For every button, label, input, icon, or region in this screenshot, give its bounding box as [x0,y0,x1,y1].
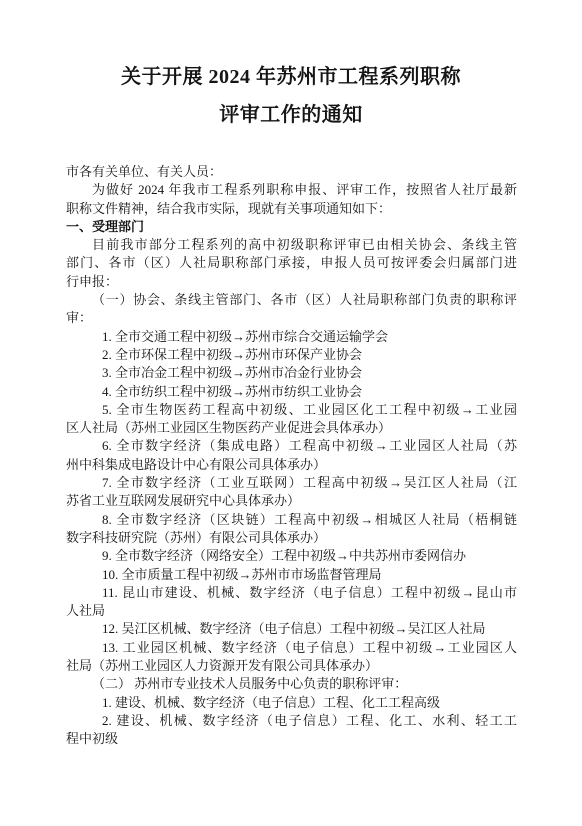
text-line: 3. 全市冶金工程中初级→苏州市冶金行业协会 [66,364,517,382]
text-line: 10. 全市质量工程中初级→苏州市市场监督管理局 [66,566,517,584]
text-line: 12. 吴江区机械、数字经济（电子信息）工程中初级→吴江区人社局 [66,620,517,638]
text-line: （一）协会、条线主管部门、各市（区）人社局职称部门负责的职称评 [66,291,517,309]
text-line: 市各有关单位、有关人员： [66,163,517,181]
text-line: 审： [66,309,517,327]
text-line: 部门、各市（区）人社局职称部门承接，申报人员可按评委会归属部门进 [66,254,517,272]
document-page: 关于开展 2024 年苏州市工程系列职称 评审工作的通知 市各有关单位、有关人员… [0,0,582,826]
text-line: 社局（苏州工业园区人力资源开发有限公司具体承办） [66,657,517,675]
title-line-2: 评审工作的通知 [0,96,582,134]
text-line: 13. 工业园区机械、数字经济（电子信息）工程中初级→工业园区人 [66,639,517,657]
text-line: 4. 全市纺织工程中初级→苏州市纺织工业协会 [66,383,517,401]
text-line: 1. 建设、机械、数字经济（电子信息）工程、化工工程高级 [66,694,517,712]
text-line: 行申报： [66,273,517,291]
text-line: 区人社局（苏州工业园区生物医药产业促进会具体承办） [66,419,517,437]
text-line: 7. 全市数字经济（工业互联网）工程高中初级→吴江区人社局（江 [66,474,517,492]
text-line: 一、受理部门 [66,218,517,236]
text-line: 州中科集成电路设计中心有限公司具体承办） [66,456,517,474]
text-line: 程中初级 [66,730,517,748]
text-line: 苏省工业互联网发展研究中心具体承办） [66,492,517,510]
text-line: 8. 全市数字经济（区块链）工程高中初级→相城区人社局（梧桐链 [66,511,517,529]
text-line: 1. 全市交通工程中初级→苏州市综合交通运输学会 [66,328,517,346]
text-line: （二） 苏州市专业技术人员服务中心负责的职称评审： [66,675,517,693]
text-line: 目前我市部分工程系列的高中初级职称评审已由相关协会、条线主管 [66,236,517,254]
text-line: 11. 昆山市建设、机械、数字经济（电子信息）工程中初级→昆山市 [66,584,517,602]
text-line: 人社局 [66,602,517,620]
text-line: 数字科技研究院（苏州）有限公司具体承办） [66,529,517,547]
text-line: 2. 全市环保工程中初级→苏州市环保产业协会 [66,346,517,364]
text-line: 职称文件精神，结合我市实际，现就有关事项通知如下： [66,200,517,218]
text-line: 为做好 2024 年我市工程系列职称申报、评审工作，按照省人社厅最新 [66,181,517,199]
text-line: 2. 建设、机械、数字经济（电子信息）工程、化工、水利、轻工工 [66,712,517,730]
text-line: 6. 全市数字经济（集成电路）工程高中初级→工业园区人社局（苏 [66,437,517,455]
title-line-1: 关于开展 2024 年苏州市工程系列职称 [0,58,582,96]
document-title: 关于开展 2024 年苏州市工程系列职称 评审工作的通知 [0,58,582,134]
text-line: 5. 全市生物医药工程高中初级、工业园区化工工程中初级→工业园 [66,401,517,419]
text-line: 9. 全市数字经济（网络安全）工程中初级→中共苏州市委网信办 [66,547,517,565]
document-body: 市各有关单位、有关人员：为做好 2024 年我市工程系列职称申报、评审工作，按照… [0,163,582,749]
